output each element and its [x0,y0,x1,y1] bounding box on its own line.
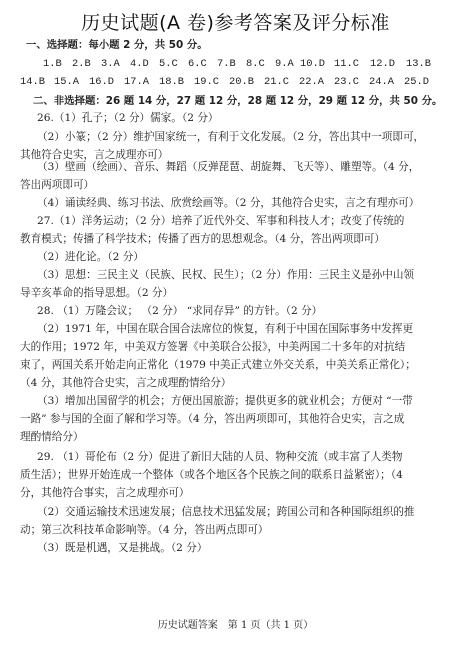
mc-answer: 2.B [72,58,101,70]
section2-heading: 二、非选择题：26 题 14 分，27 题 12 分，28 题 12 分，29 … [33,94,442,108]
answer-line: （4）诵读经典、练习书法、欣赏绘画等。（2 分，其他符合史实，言之有理亦可） [37,196,419,210]
answer-line: （4 分，其他符合史实，言之成理酌情给分） [20,376,231,390]
answer-key-page: 历史试题(A 卷)参考答案及评分标准 一、选择题：每小题 2 分，共 50 分。… [0,0,471,645]
answer-line: （3）壁画（绘画）、音乐、舞蹈（反弹琵琶、胡旋舞、飞天等）、雕塑等。（4 分， [37,160,419,174]
mc-answer: 10.D [300,58,334,70]
mc-answer: 18.B [159,76,194,88]
answer-line: （3）既是机遇，又是挑战。（2 分） [37,541,207,555]
mc-answer: 20.B [229,76,264,88]
answer-line: 29. （1）哥伦布（2 分）促进了新旧大陆的人员、物种交流（或丰富了人类物 [37,450,402,464]
section1-heading: 一、选择题：每小题 2 分，共 50 分。 [26,38,208,52]
answer-line: 26.（1）孔子；（2 分）儒家。（2 分） [37,111,219,125]
mc-answer: 6.C [188,58,217,70]
mc-answer: 14.B [20,76,54,88]
mc-answer: 15.A [54,76,89,88]
mc-answer: 13.B [406,58,431,70]
mc-answers-row-1: 1.B 2.B 3.A 4.D 5.C 6.C 7.B 8.C 9.A 10.D… [43,58,431,70]
answer-line: （3）思想：三民主义（民族、民权、民生）；（2 分）作用：三民主义是孙中山领 [37,268,414,282]
answer-line: （3）增加出国留学的机会；方便出国旅游；提供更多的就业机会；方便对 “一带 [37,394,413,408]
answer-line: 导辛亥革命的指导思想。（2 分） [20,286,173,300]
answer-line: （2）交通运输技术迅速发展；信息技术迅猛发展；跨国公司和各种国际组织的推 [37,505,415,519]
mc-answer: 22.A [299,76,334,88]
answer-line: 束了，两国关系开始走向正常化（1979 中美正式建立外交关系，中美关系正常化）； [20,358,416,372]
mc-answer: 17.A [124,76,159,88]
mc-answers-row-2: 14.B 15.A 16.D 17.A 18.B 19.C 20.B 21.C … [20,76,429,88]
answer-line: 理酌情给分） [20,430,84,444]
answer-line: 教育模式；传播了科学技术；传播了西方的思想观念。（4 分，答出两项即可） [20,232,385,246]
answer-line: （2）小篆；（2 分）维护国家统一，有利于文化发展。（2 分，答出其中一项即可， [37,130,424,144]
answer-line: 答出两项即可） [20,178,94,192]
mc-answer: 19.C [194,76,229,88]
page-title: 历史试题(A 卷)参考答案及评分标准 [0,8,471,35]
answer-line: 一路” 参与国的全面了解和学习等。（4 分，答出两项即可，其他符合史实，言之成 [20,412,404,426]
mc-answer: 5.C [159,58,188,70]
mc-answer: 4.D [130,58,159,70]
answer-line: 大的作用；1972 年，中美双方签署《中美联合公报》，中美两国二十多年的对抗结 [20,340,405,354]
answer-line: （2）进化论。（2 分） [37,250,144,264]
mc-answer: 8.C [246,58,275,70]
mc-answer: 23.C [334,76,369,88]
mc-answer: 16.D [89,76,124,88]
mc-answer: 21.C [264,76,299,88]
mc-answer: 9.A [275,58,300,70]
mc-answer: 12.D [370,58,406,70]
mc-answer: 24.A [369,76,404,88]
mc-answer: 11.C [334,58,370,70]
answer-line: 分，其他符合事实，言之成理亦可） [20,486,190,500]
answer-line: 27.（1）洋务运动；（2 分）培养了近代外交、军事和科技人才；改变了传统的 [37,214,404,228]
mc-answer: 25.D [404,76,429,88]
mc-answer: 1.B [43,58,72,70]
mc-answer: 3.A [101,58,130,70]
answer-line: 动；第三次科技革命影响等。（4 分，答出两点即可） [20,523,268,537]
page-footer: 历史试题答案 第 1 页（共 1 页） [0,616,471,631]
answer-line: 质生活）；世界开始连成一个整体（或各个地区各个民族之间的联系日益紧密）；（4 [20,468,403,482]
mc-answer: 7.B [217,58,246,70]
answer-line: 28. （1）万隆会议； （2 分） “求同存异” 的方针。（2 分） [37,304,322,318]
answer-line: （2）1971 年，中国在联合国合法席位的恢复，有利于中国在国际事务中发挥更 [37,322,413,336]
